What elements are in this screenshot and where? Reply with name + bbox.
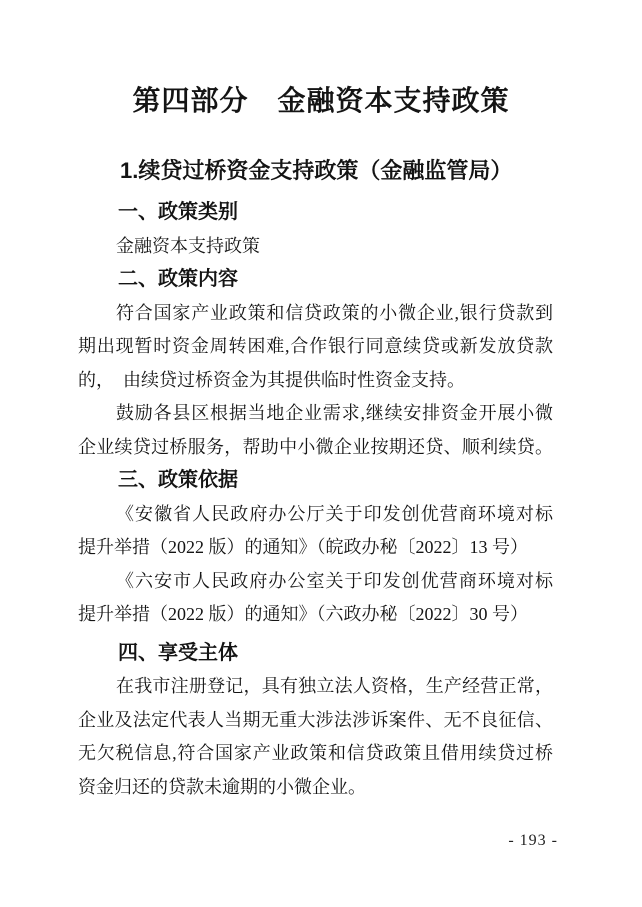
text-line: 无欠税信息,符合国家产业政策和信贷政策且借用续贷过桥 (78, 737, 553, 771)
paragraph: 金融资本支持政策 (78, 230, 553, 264)
section-beneficiaries: 四、享受主体 在我市注册登记，具有独立法人资格，生产经营正常，企业及法定代表人当… (78, 637, 553, 805)
text-line: 的， 由续贷过桥资金为其提供临时性资金支持。 (78, 364, 553, 398)
section-heading-policy-category: 一、政策类别 (78, 196, 553, 230)
text-line: 在我市注册登记，具有独立法人资格，生产经营正常， (78, 670, 553, 704)
text-line: 提升举措（2022 版）的通知》（六政办秘〔2022〕30 号） (78, 598, 553, 632)
article-heading: 1.续贷过桥资金支持政策（金融监管局） (78, 153, 553, 189)
text-line: 《六安市人民政府办公室关于印发创优营商环境对标 (78, 565, 553, 599)
paragraph: 在我市注册登记，具有独立法人资格，生产经营正常，企业及法定代表人当期无重大涉法涉… (78, 670, 553, 804)
paragraph: 符合国家产业政策和信贷政策的小微企业,银行贷款到期出现暂时资金周转困难,合作银行… (78, 297, 553, 398)
paragraph: 《六安市人民政府办公室关于印发创优营商环境对标提升举措（2022 版）的通知》（… (78, 565, 553, 632)
text-line: 提升举措（2022 版）的通知》（皖政办秘〔2022〕13 号） (78, 531, 553, 565)
paragraph: 鼓励各县区根据当地企业需求,继续安排资金开展小微企业续贷过桥服务，帮助中小微企业… (78, 397, 553, 464)
text-line: 期出现暂时资金周转困难,合作银行同意续贷或新发放贷款 (78, 330, 553, 364)
section-policy-content: 二、政策内容 符合国家产业政策和信贷政策的小微企业,银行贷款到期出现暂时资金周转… (78, 263, 553, 464)
section-heading-policy-content: 二、政策内容 (78, 263, 553, 297)
section-policy-basis: 三、政策依据 《安徽省人民政府办公厅关于印发创优营商环境对标提升举措（2022 … (78, 464, 553, 632)
section-heading-policy-basis: 三、政策依据 (78, 464, 553, 498)
text-line: 符合国家产业政策和信贷政策的小微企业,银行贷款到 (78, 297, 553, 331)
section-heading-beneficiaries: 四、享受主体 (78, 637, 553, 671)
section-policy-category: 一、政策类别 金融资本支持政策 (78, 196, 553, 263)
paragraph: 《安徽省人民政府办公厅关于印发创优营商环境对标提升举措（2022 版）的通知》（… (78, 498, 553, 565)
text-line: 企业续贷过桥服务，帮助中小微企业按期还贷、顺利续贷。 (78, 431, 553, 465)
document-body: 1.续贷过桥资金支持政策（金融监管局） 一、政策类别 金融资本支持政策 二、政策… (78, 153, 553, 804)
text-line: 企业及法定代表人当期无重大涉法涉诉案件、无不良征信、 (78, 704, 553, 738)
document-title: 第四部分 金融资本支持政策 (0, 0, 642, 122)
text-line: 金融资本支持政策 (78, 230, 553, 264)
text-line: 《安徽省人民政府办公厅关于印发创优营商环境对标 (78, 498, 553, 532)
document-page: 第四部分 金融资本支持政策 1.续贷过桥资金支持政策（金融监管局） 一、政策类别… (0, 0, 642, 907)
text-line: 资金归还的贷款未逾期的小微企业。 (78, 771, 553, 805)
page-number: - 193 - (508, 832, 558, 850)
text-line: 鼓励各县区根据当地企业需求,继续安排资金开展小微 (78, 397, 553, 431)
